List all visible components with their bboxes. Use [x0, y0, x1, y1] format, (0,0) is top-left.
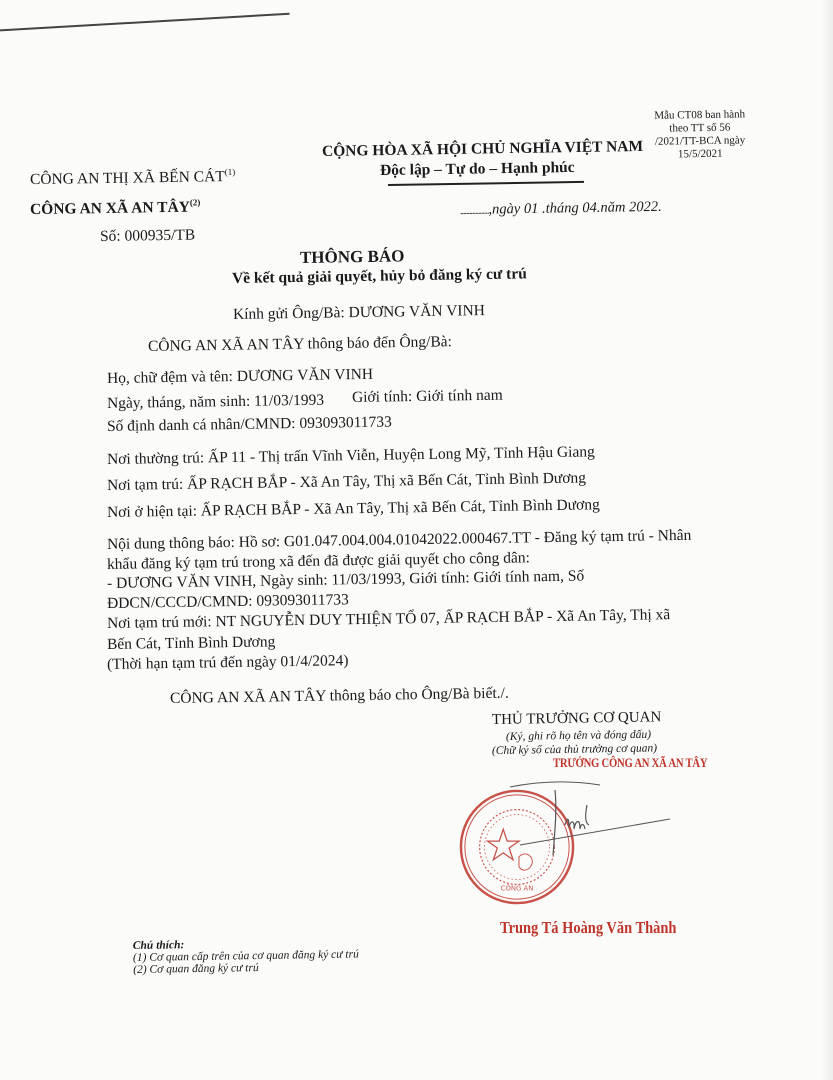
- national-motto: Độc lập – Tự do – Hạnh phúc: [380, 159, 575, 180]
- handwritten-signature-icon: [505, 775, 675, 865]
- gender: Giới tính: Giới tính nam: [352, 387, 503, 407]
- intro: CÔNG AN XÃ AN TÂY thông báo đến Ông/Bà:: [148, 333, 452, 356]
- document-title: THÔNG BÁO: [300, 246, 405, 268]
- footnote-mark-1: (1): [225, 167, 236, 177]
- signer-title: THỦ TRƯỞNG CƠ QUAN: [492, 709, 662, 729]
- footnote-item: (2) Cơ quan đăng ký cư trú: [133, 960, 359, 976]
- form-note-line: /2021/TT-BCA ngày: [640, 134, 760, 149]
- footnotes: Chú thích: (1) Cơ quan cấp trên của cơ q…: [133, 936, 359, 976]
- document-number: Số: 000935/TB: [100, 227, 195, 246]
- svg-text:CÔNG AN: CÔNG AN: [501, 883, 534, 892]
- date-placeholder-dots: ...................: [460, 206, 489, 217]
- date-text: ,ngày 01 .tháng 04.năm 2022.: [488, 199, 661, 218]
- motto-underline: [388, 181, 584, 186]
- closing: CÔNG AN XÃ AN TÂY thông báo cho Ông/Bà b…: [170, 685, 509, 708]
- scan-shadow: [821, 0, 833, 1080]
- temporary-address: Nơi tạm trú: ẤP RẠCH BẮP - Xã An Tây, Th…: [107, 469, 586, 495]
- document-page: CÔNG AN THỊ XÃ BẾN CÁT(1) CÔNG AN XÃ AN …: [0, 0, 833, 1080]
- issuing-agency: CÔNG AN XÃ AN TÂY(2): [30, 197, 201, 219]
- footnote-mark-2: (2): [190, 197, 201, 207]
- form-note: Mẫu CT08 ban hành theo TT số 56 /2021/TT…: [640, 108, 761, 162]
- issuing-agency-text: CÔNG AN XÃ AN TÂY: [30, 199, 190, 219]
- signer-note: (Ký, ghi rõ họ tên và đóng dấu): [506, 729, 651, 743]
- scan-edge: [0, 13, 290, 32]
- form-note-line: 15/5/2021: [640, 147, 760, 162]
- full-name: Họ, chữ đệm và tên: DƯƠNG VĂN VINH: [107, 366, 373, 388]
- national-title: CỘNG HÒA XÃ HỘI CHỦ NGHĨA VIỆT NAM: [322, 138, 643, 161]
- content-line: Nội dung thông báo: Hồ sơ: G01.047.004.0…: [107, 527, 692, 554]
- signer-position: TRƯỞNG CÔNG AN XÃ AN TÂY: [553, 755, 707, 771]
- date-of-birth: Ngày, tháng, năm sinh: 11/03/1993: [107, 392, 324, 413]
- content-line: ĐDCN/CCCD/CMND: 093093011733: [107, 591, 349, 613]
- content-line: Bến Cát, Tỉnh Bình Dương: [107, 633, 276, 654]
- id-number: Số định danh cá nhân/CMND: 093093011733: [107, 414, 392, 436]
- content-line: (Thời hạn tạm trú đến ngày 01/4/2024): [107, 652, 349, 674]
- parent-agency: CÔNG AN THỊ XÃ BẾN CÁT(1): [30, 167, 236, 189]
- permanent-address: Nơi thường trú: ẤP 11 - Thị trấn Vĩnh Vi…: [107, 443, 595, 469]
- signer-name: Trung Tá Hoàng Văn Thành: [500, 918, 676, 938]
- recipient: Kính gửi Ông/Bà: DƯƠNG VĂN VINH: [233, 302, 485, 324]
- document-subtitle: Về kết quả giải quyết, hủy bỏ đăng ký cư…: [232, 265, 527, 288]
- issue-date: ...................,ngày 01 .tháng 04.nă…: [460, 199, 662, 219]
- parent-agency-text: CÔNG AN THỊ XÃ BẾN CÁT: [30, 168, 225, 188]
- current-address: Nơi ở hiện tại: ẤP RẠCH BẮP - Xã An Tây,…: [107, 496, 600, 522]
- form-note-line: Mẫu CT08 ban hành: [640, 108, 760, 123]
